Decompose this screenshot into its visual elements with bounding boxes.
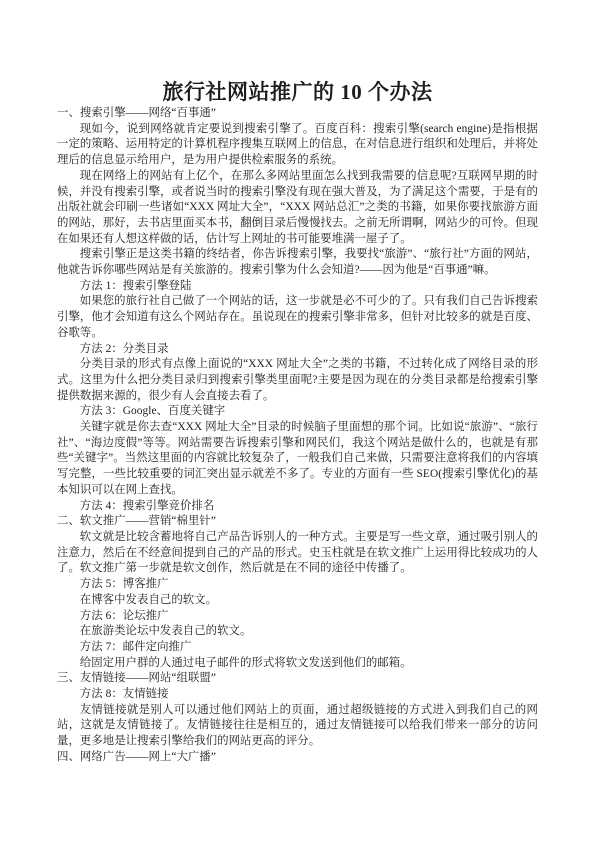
method-heading: 方法 2：分类目录 [57,342,538,358]
document-title: 旅行社网站推广的 10 个办法 [57,80,538,105]
method-heading: 方法 1：搜索引擎登陆 [57,279,538,295]
document-page: 旅行社网站推广的 10 个办法 一、搜索引擎——网络“百事通” 现如今，说到网络… [0,0,595,842]
section-heading: 一、搜索引擎——网络“百事通” [57,106,538,122]
method-heading: 方法 4：搜索引擎竞价排名 [57,499,538,515]
paragraph: 友情链接就是别人可以通过他们网站上的页面，通过超级链接的方式进入到我们自己的网站… [57,703,538,750]
document-body: 一、搜索引擎——网络“百事通” 现如今，说到网络就肯定要说到搜索引擎了。百度百科… [57,106,538,766]
method-heading: 方法 5：博客推广 [57,577,538,593]
paragraph: 在旅游类论坛中发表自己的软文。 [57,624,538,640]
paragraph: 如果您的旅行社自己做了一个网站的话，这一步就是必不可少的了。只有我们自己告诉搜索… [57,294,538,341]
paragraph: 关键字就是你去查“XXX 网址大全”目录的时候脑子里面想的那个词。比如说“旅游”… [57,420,538,499]
method-heading: 方法 8：友情链接 [57,687,538,703]
method-heading: 方法 3：Google、百度关键字 [57,404,538,420]
section-heading: 四、网络广告——网上“大广播” [57,750,538,766]
paragraph: 现在网络上的网站有上亿个，在那么多网站里面怎么找到我需要的信息呢?互联网早期的时… [57,169,538,248]
paragraph: 搜索引擎正是这类书籍的终结者，你告诉搜索引擎，我要找“旅游”、“旅行社”方面的网… [57,247,538,278]
paragraph: 在博客中发表自己的软文。 [57,593,538,609]
method-heading: 方法 7：邮件定向推广 [57,640,538,656]
paragraph: 软文就是比较含蓄地将自己产品告诉别人的一种方式。主要是写一些文章，通过吸引别人的… [57,530,538,577]
section-heading: 三、友情链接——网站“组联盟” [57,671,538,687]
method-heading: 方法 6：论坛推广 [57,609,538,625]
paragraph: 分类目录的形式有点像上面说的“XXX 网址大全”之类的书籍，不过转化成了网络目录… [57,357,538,404]
paragraph: 现如今，说到网络就肯定要说到搜索引擎了。百度百科：搜索引擎(search eng… [57,122,538,169]
paragraph: 给固定用户群的人通过电子邮件的形式将软文发送到他们的邮箱。 [57,656,538,672]
section-heading: 二、软文推广——营销“棉里针” [57,514,538,530]
